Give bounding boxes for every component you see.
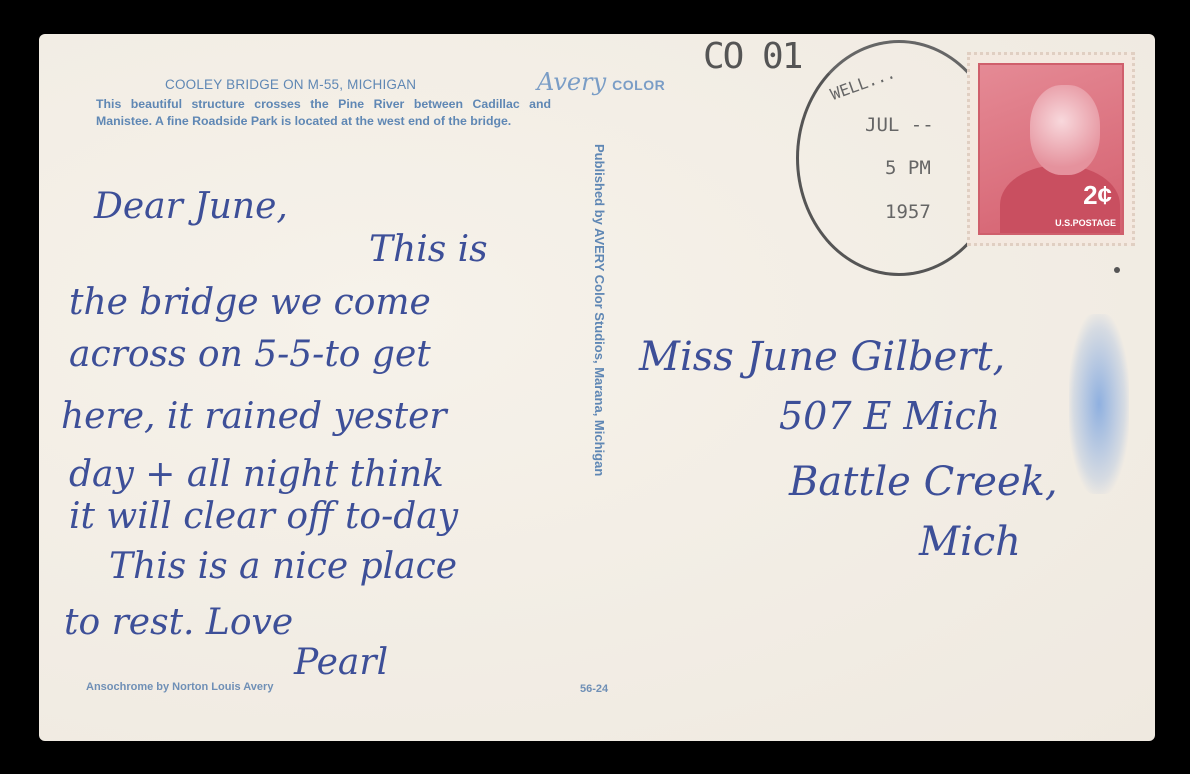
message-line: it will clear off to-day [69, 496, 458, 537]
brand-word: COLOR [612, 77, 665, 93]
card-description: This beautiful structure crosses the Pin… [96, 96, 551, 130]
ink-dot [1114, 267, 1120, 273]
card-number: 56-24 [580, 683, 608, 695]
postmark-date: JUL -- [865, 114, 934, 136]
address-line: Mich [919, 519, 1021, 565]
address-line: Miss June Gilbert, [639, 334, 1005, 380]
address-line: 507 E Mich [779, 394, 1000, 438]
address-line: Battle Creek, [789, 459, 1058, 505]
publisher-vertical-text: Published by AVERY Color Studios, Marana… [592, 144, 607, 476]
postmark-time: 5 PM [885, 157, 931, 179]
message-line: Dear June, [94, 186, 288, 227]
stamp-denomination: 2¢ [1083, 180, 1112, 211]
message-line: This is [369, 229, 488, 270]
photo-credit: Ansochrome by Norton Louis Avery [86, 681, 273, 693]
signature: Pearl [294, 642, 388, 683]
postage-stamp: 2¢ U.S.POSTAGE [967, 52, 1135, 246]
brand-script: Avery [537, 68, 606, 96]
message-line: the bridge we come [69, 282, 431, 323]
stamp-portrait: 2¢ U.S.POSTAGE [978, 63, 1124, 235]
message-line: across on 5-5-to get [69, 334, 431, 375]
postmark-year: 1957 [885, 201, 931, 223]
stamped-code: CO 01 [703, 36, 801, 77]
brand-logo: Avery COLOR [537, 68, 665, 96]
card-title: COOLEY BRIDGE ON M-55, MICHIGAN [165, 77, 416, 92]
message-line: day + all night think [69, 454, 444, 495]
message-line: This is a nice place [109, 546, 457, 587]
message-line: here, it rained yester [61, 396, 447, 437]
ink-smudge [1069, 314, 1129, 494]
stamp-label: U.S.POSTAGE [1055, 218, 1116, 228]
postcard: COOLEY BRIDGE ON M-55, MICHIGAN This bea… [39, 34, 1155, 741]
message-line: to rest. Love [64, 602, 293, 643]
